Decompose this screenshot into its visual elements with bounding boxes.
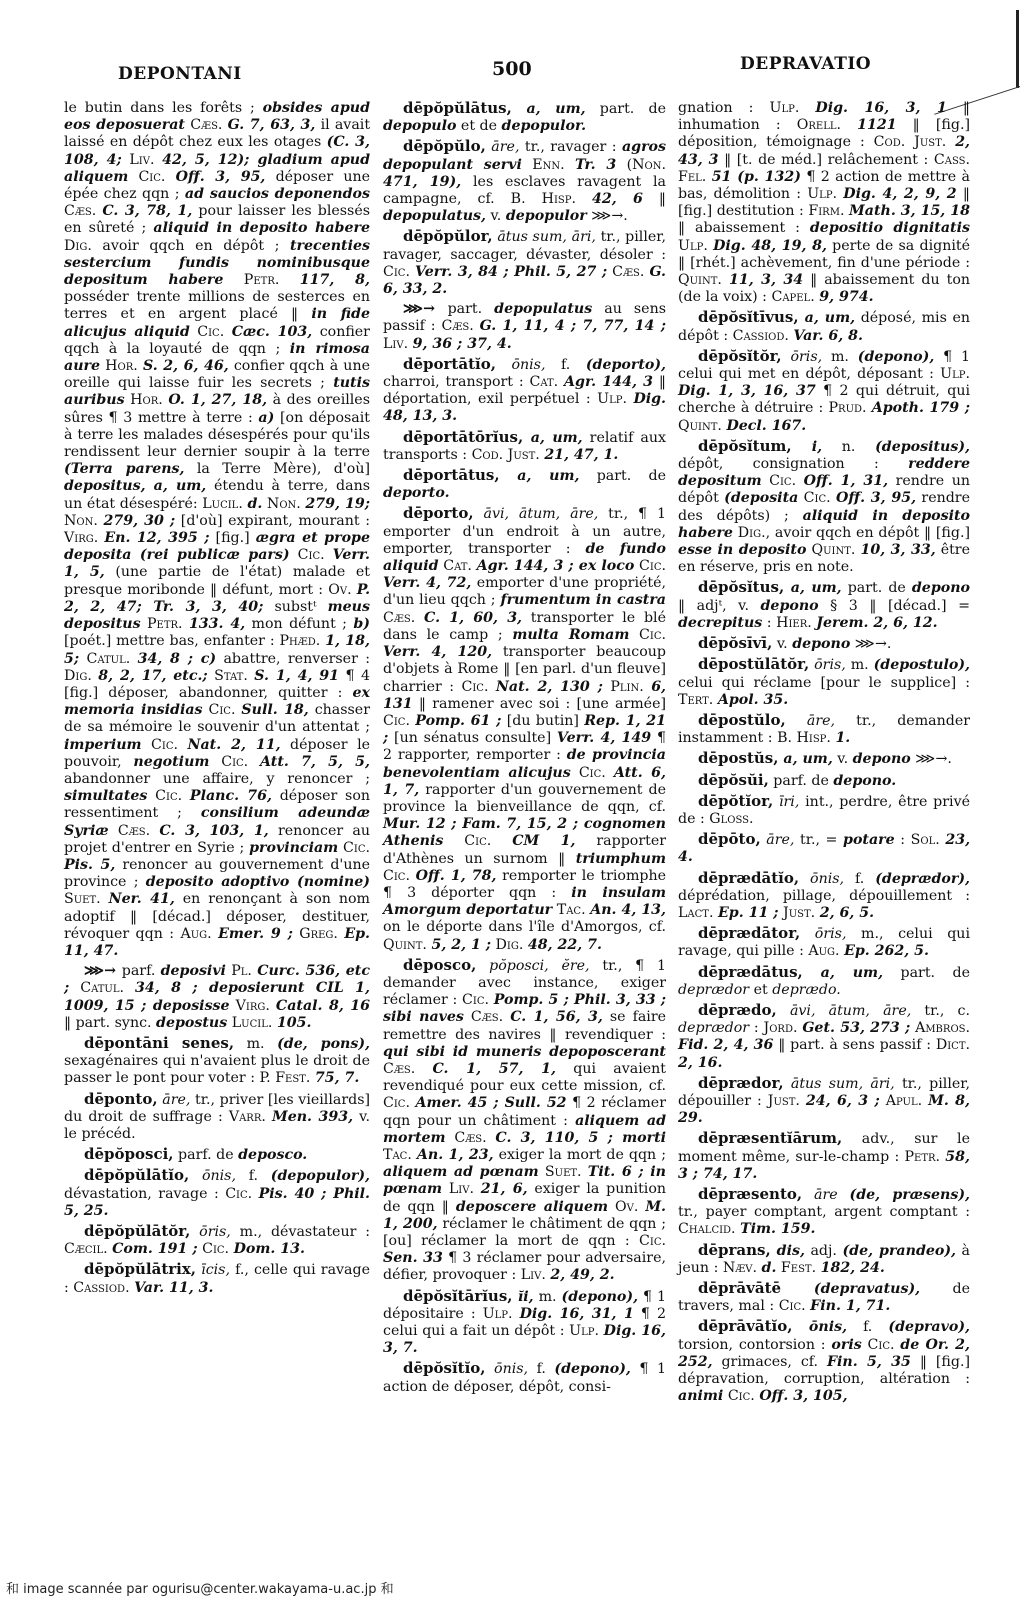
entry-text: 21, 6,: [481, 1181, 528, 1197]
entry-text: depono: [912, 580, 970, 596]
dictionary-entry: dēpræsentĭārum, adv., sur le moment même…: [678, 1130, 970, 1183]
entry-text: Verr. 4, 72,: [383, 575, 471, 591]
entry-text: Prud.: [829, 400, 872, 416]
entry-text: Hor.: [100, 358, 143, 374]
entry-text: aliquid in deposito habere: [153, 220, 370, 236]
entry-text: Cæc. 103,: [232, 324, 313, 340]
dictionary-entry: dēpostŭlātŏr, ōris, m. (depostulo), celu…: [678, 656, 970, 709]
entry-text: Planc. 76,: [190, 788, 272, 804]
entry-headword: dēprædātĭo,: [698, 869, 799, 887]
entry-text: grimaces, cf.: [713, 1354, 827, 1370]
entry-text: 48, 22, 7.: [528, 937, 602, 953]
entry-text: depono: [853, 751, 911, 767]
dictionary-columns: le butin dans les forêts ; obsides apud …: [0, 100, 1024, 1560]
dictionary-entry: dēportātōrĭus, a, um, relatif aux transp…: [383, 429, 666, 464]
entry-text: Ep. 11 ;: [718, 905, 779, 921]
entry-text: m., dévastateur :: [231, 1224, 370, 1240]
entry-text: Cic.: [762, 473, 804, 489]
entry-text: Næv.: [723, 1260, 762, 1276]
dictionary-entry: dēpostŭs, a, um, v. depono ⋙→.: [678, 750, 970, 768]
entry-text: [poét.] mettre bas, enfanter :: [64, 633, 280, 649]
entry-text: [838, 1187, 850, 1203]
entry-text: Att. 7, 5, 5,: [260, 754, 370, 770]
entry-text: Catul.: [69, 980, 135, 996]
entry-headword: dēpræsento,: [698, 1185, 802, 1203]
entry-text: Just.: [768, 1093, 806, 1109]
entry-text: part. de: [586, 101, 666, 117]
entry-text: Off. 1, 78,: [416, 868, 497, 884]
entry-text: charroi, transport :: [383, 374, 529, 390]
entry-text: Non.: [64, 513, 104, 529]
entry-text: (depravo),: [888, 1319, 970, 1335]
entry-headword: dēprans,: [698, 1241, 771, 1259]
entry-text: parf. de: [174, 1147, 239, 1163]
entry-text: Suet.: [64, 891, 109, 907]
dictionary-entry: dēpræsento, āre (de, præsens), tr., paye…: [678, 1186, 970, 1239]
entry-text: Dig. 16, 3, 1: [815, 100, 946, 116]
entry-text: Ner. 41,: [109, 891, 175, 907]
entry-text: Lucil.: [202, 496, 247, 512]
entry-text: part. de: [883, 965, 970, 981]
entry-text: Hor.: [125, 392, 169, 408]
entry-text: Cic.: [209, 754, 260, 770]
entry-text: Cæs.: [109, 823, 160, 839]
entry-text: ‖ part. à sens passif :: [773, 1037, 935, 1053]
entry-text: Cic.: [290, 547, 333, 563]
entry-text: Cic.: [383, 713, 415, 729]
entry-headword: dēpŏpŭlātus,: [403, 99, 512, 117]
entry-text: (depono),: [858, 349, 934, 365]
entry-text: part. de: [579, 468, 666, 484]
entry-text: Tert.: [678, 692, 718, 708]
entry-text: ātus sum, āri,: [784, 1076, 895, 1092]
entry-headword: dēportātus,: [403, 466, 500, 484]
entry-text: 1.: [835, 730, 850, 746]
dictionary-entry: dēpŏpŭlātĭo, ōnis, f. (depopulor), dévas…: [64, 1167, 370, 1220]
entry-text: part.: [448, 301, 495, 317]
entry-text: Cic.: [225, 1186, 258, 1202]
entry-text: En. 12, 395 ;: [104, 530, 209, 546]
entry-text: f.: [844, 871, 875, 887]
entry-text: Chalcid.: [678, 1221, 740, 1237]
entry-text: f.: [528, 1361, 554, 1377]
entry-text: C. 3, 78, 1,: [102, 203, 192, 219]
entry-text: 42, 6: [592, 191, 643, 207]
entry-text: Cic.: [142, 737, 188, 753]
dictionary-entry: dēpŏposci, parf. de deposco.: [64, 1146, 370, 1164]
entry-text: qui sibi id muneris depoposcerant: [383, 1044, 666, 1060]
entry-text: (de, prandeo),: [842, 1243, 956, 1259]
entry-text: Fid. 2, 4, 36: [678, 1037, 773, 1053]
entry-text: § 3 ‖ [décad.] =: [819, 598, 970, 614]
dictionary-entry: dēportātĭo, ōnis, f. (deporto), charroi,…: [383, 356, 666, 426]
dictionary-entry: dēprans, dis, adj. (de, prandeo), à jeun…: [678, 1242, 970, 1277]
entry-text: S. 1, 4, 91: [254, 668, 339, 684]
entry-text: gnation :: [678, 100, 770, 116]
entry-text: :: [749, 1020, 763, 1036]
dictionary-entry: dēportātus, a, um, part. de deporto.: [383, 467, 666, 502]
entry-text: Cic.: [198, 1241, 234, 1257]
page-header: DEPONTANI 500 DEPRAVATIO: [0, 48, 1024, 88]
entry-text: Dig.: [64, 238, 102, 254]
entry-text: imperium: [64, 737, 142, 753]
entry-text: Men. 393,: [272, 1109, 353, 1125]
entry-text: depopulatus,: [383, 208, 486, 224]
entry-text: Cic.: [571, 765, 614, 781]
entry-text: 21, 47, 1.: [544, 447, 618, 463]
entry-text: part. de: [842, 580, 912, 596]
entry-text: Cic.: [383, 1095, 416, 1111]
entry-text: substᵗ: [263, 599, 327, 615]
entry-text: ⋙→: [403, 301, 448, 317]
entry-text: C. 3, 103, 1,: [159, 823, 268, 839]
entry-text: 34, 8 ; c): [138, 651, 217, 667]
dictionary-entry: dēpŏpŭlātrix, īcis, f., celle qui ravage…: [64, 1261, 370, 1296]
entry-headword: dēpŏsĭtīvus,: [698, 308, 799, 326]
entry-headword: dēpŏpŭlātrix,: [84, 1260, 196, 1278]
entry-text: Virg.: [64, 530, 104, 546]
entry-text: Cod. Just.: [874, 134, 956, 150]
entry-text: abandonner une affaire, y renoncer ;: [64, 771, 370, 787]
entry-text: 117, 8,: [300, 272, 370, 288]
entry-text: 5, 2, 1 ;: [431, 937, 491, 953]
entry-text: ōris,: [809, 657, 846, 673]
entry-text: Quint.: [678, 272, 729, 288]
entry-text: Sen. 33: [383, 1250, 443, 1266]
entry-text: Cic.: [462, 992, 494, 1008]
entry-text: Cic.: [798, 490, 836, 506]
entry-text: Petr.: [904, 1149, 945, 1165]
entry-text: Agr. 144, 3: [564, 374, 653, 390]
entry-text: Petr.: [223, 272, 299, 288]
entry-text: C. 3, 110, 5 ; morti: [495, 1130, 666, 1146]
entry-text: (Terra parens,: [64, 461, 184, 477]
dictionary-entry: dēpŏpŭlor, ātus sum, āri, tr., piller, r…: [383, 228, 666, 298]
entry-text: Capel.: [771, 289, 819, 305]
dictionary-entry: dēprædo, āvi, ātum, āre, tr., c. deprædo…: [678, 1002, 970, 1072]
entry-text: Dig. 16, 31, 1: [520, 1306, 634, 1322]
entry-text: Cæs.: [185, 117, 228, 133]
entry-text: Cic.: [203, 702, 242, 718]
entry-text: Cæcil.: [64, 1241, 112, 1257]
entry-headword: dēpŏsĭtĭo,: [403, 1359, 486, 1377]
entry-text: a): [258, 410, 274, 426]
entry-text: deposivi: [161, 963, 226, 979]
entry-text: Decl. 167.: [726, 418, 806, 434]
entry-text: Amer. 45 ; Sull. 52: [416, 1095, 567, 1111]
entry-text: d.: [762, 1260, 777, 1276]
entry-text: Catal. 8, 16: [276, 998, 370, 1014]
entry-text: simultates: [64, 788, 147, 804]
entry-text: Dig. 4, 2, 9, 2: [843, 186, 956, 202]
dictionary-entry: dēpŏsĭtus, a, um, part. de depono ‖ adjᵗ…: [678, 579, 970, 632]
entry-text: 11, 3, 34: [729, 272, 803, 288]
entry-text: deposcere aliquem: [456, 1199, 608, 1215]
entry-text: Sol.: [911, 832, 946, 848]
entry-text: (depopulor),: [271, 1168, 370, 1184]
entry-text: Enn.: [522, 157, 575, 173]
entry-text: Cic.: [862, 1337, 901, 1353]
entry-text: Cæs.: [383, 1061, 433, 1077]
entry-text: Apul.: [880, 1093, 928, 1109]
dictionary-entry: dēpostŭlo, āre, tr., demander instamment…: [678, 712, 970, 747]
entry-text: (depravatus),: [781, 1281, 920, 1297]
entry-text: depopulor.: [502, 118, 587, 134]
entry-text: Off. 3, 95,: [176, 169, 266, 185]
entry-text: Quint.: [806, 542, 860, 558]
entry-text: Stat.: [208, 668, 255, 684]
entry-text: Ov.: [608, 1199, 645, 1215]
entry-text: potare: [843, 832, 895, 848]
entry-text: dépôt, consignation :: [678, 456, 908, 472]
entry-headword: dēprædātus,: [698, 963, 803, 981]
entry-headword: dēpŏsŭi,: [698, 771, 769, 789]
entry-text: Ulp.: [597, 391, 633, 407]
entry-text: C. 1, 57, 1,: [433, 1061, 556, 1077]
entry-text: P. Fest.: [260, 1070, 315, 1086]
entry-text: m.: [822, 349, 858, 365]
entry-headword: dēprædo,: [698, 1001, 777, 1019]
entry-text: āvi, ātum, āre,: [474, 506, 599, 522]
entry-text: celui qui réclame [pour le supplice] :: [678, 675, 970, 691]
entry-text: Nat. 2, 130 ;: [496, 679, 603, 695]
entry-text: Com. 191 ;: [112, 1241, 197, 1257]
entry-text: on le déporte dans l'île d'Amorgos, cf.: [383, 919, 666, 935]
entry-headword: dēpŏtĭor,: [698, 792, 773, 810]
dictionary-entry: dēprāvātĭo, ōnis, f. (depravo), torsion,…: [678, 1318, 970, 1405]
dictionary-entry: dēprædātor, ōris, m., celui qui ravage, …: [678, 925, 970, 960]
entry-text: Cic.: [779, 1298, 810, 1314]
entry-text: exiger la mort de qqn ;: [494, 1147, 666, 1163]
entry-text: Petr.: [141, 616, 189, 632]
entry-text: (deprædor),: [875, 871, 970, 887]
column-middle: dēpŏpŭlātus, a, um, part. de depopulo et…: [383, 100, 666, 1399]
entry-text: S. 2, 6, 46,: [143, 358, 229, 374]
dictionary-entry: dēpŏsĭtīvus, a, um, déposé, mis en dépôt…: [678, 309, 970, 344]
entry-text: Sull. 18,: [241, 702, 308, 718]
entry-text: Cic.: [338, 840, 370, 856]
dictionary-entry: dēpŏsīvī, v. depono ⋙→.: [678, 635, 970, 653]
dictionary-entry: dēpŏtĭor, īri, int., perdre, être privé …: [678, 793, 970, 828]
dictionary-entry: gnation : Ulp. Dig. 16, 3, 1 ‖ inhumatio…: [678, 100, 970, 306]
entry-headword: dēprāvātĭo,: [698, 1317, 792, 1335]
entry-text: Ulp.: [807, 186, 843, 202]
entry-text: Cic.: [723, 1388, 759, 1404]
entry-text: Ulp.: [569, 1323, 604, 1339]
entry-text: tr., ravager :: [519, 139, 622, 155]
entry-text: Cic.: [462, 679, 496, 695]
entry-text: Aug.: [808, 943, 844, 959]
entry-text: n.: [822, 439, 875, 455]
entry-text: deporto.: [383, 485, 450, 501]
entry-text: Cic.: [383, 264, 415, 280]
dictionary-entry: dēpŏsĭtŏr, ōris, m. (depono), ¶ 1 celui …: [678, 348, 970, 435]
entry-text: Ep. 262, 5.: [844, 943, 929, 959]
dictionary-entry: dēpŏsĭtum, i, n. (depositus), dépôt, con…: [678, 438, 970, 577]
entry-text: decrepitus: [678, 615, 762, 631]
entry-headword: dēprædor,: [698, 1074, 784, 1092]
entry-text: Jerem. 2, 6, 12.: [816, 615, 937, 631]
entry-text: Plin.: [603, 679, 651, 695]
entry-text: G. 7, 63, 3,: [228, 117, 316, 133]
entry-text: Quint.: [678, 418, 726, 434]
entry-text: avoir qqch en dépôt ‖ [fig.]: [775, 525, 970, 541]
entry-text: dis,: [771, 1243, 805, 1259]
entry-text: depositus, a, um,: [64, 478, 206, 494]
entry-text: Cæs.: [383, 610, 424, 626]
entry-text: C. 1, 60, 3,: [424, 610, 522, 626]
column-right: gnation : Ulp. Dig. 16, 3, 1 ‖ inhumatio…: [678, 100, 970, 1408]
entry-text: Varr.: [229, 1109, 272, 1125]
entry-text: ⋙→.: [850, 636, 891, 652]
entry-text: a, um,: [512, 101, 586, 117]
entry-text: Suet.: [539, 1164, 588, 1180]
entry-headword: dēpŏsĭtum,: [698, 437, 792, 455]
entry-headword: dēposco,: [403, 956, 476, 974]
entry-text: Cæs.: [464, 1009, 510, 1025]
entry-text: :: [895, 832, 911, 848]
entry-text: ‖ part. sync.: [64, 1015, 156, 1031]
entry-text: d.: [247, 496, 262, 512]
entry-text: Dict.: [936, 1037, 970, 1053]
entry-headword: dēpostŭs,: [698, 749, 778, 767]
entry-text: parf. de: [769, 773, 834, 789]
entry-text: dévastation, ravage :: [64, 1186, 225, 1202]
entry-text: 9, 36 ; 37, 4.: [413, 336, 512, 352]
entry-text: provinciam: [249, 840, 338, 856]
entry-text: Fin. 5, 35: [827, 1354, 911, 1370]
entry-text: la Terre Mère), d'où]: [184, 461, 370, 477]
entry-text: depopulor: [506, 208, 587, 224]
entry-text: a, um,: [523, 430, 582, 446]
page-number: 500: [492, 58, 532, 80]
entry-text: Cic.: [190, 324, 232, 340]
entry-text: Dig. 48, 19, 8,: [713, 238, 827, 254]
entry-text: Cæs.: [442, 318, 480, 334]
dictionary-entry: dēpŏsĭtĭo, ōnis, f. (depono), ¶ 1 action…: [383, 1360, 666, 1395]
entry-text: (une partie de l'état) malade et presque…: [64, 564, 370, 597]
scan-credit: 和 image scannée par ogurisu@center.wakay…: [6, 1578, 394, 1597]
entry-text: deposito adoptivo (nomine): [146, 874, 370, 890]
entry-text: āre: [802, 1187, 838, 1203]
entry-text: Cæs.: [64, 203, 102, 219]
entry-text: depostus: [156, 1015, 227, 1031]
entry-text: Agr. 144, 3 ; ex loco: [477, 558, 635, 574]
entry-text: :: [762, 615, 776, 631]
entry-text: Liv.: [122, 152, 162, 168]
entry-text: C. 1, 56, 3,: [510, 1009, 603, 1025]
entry-text: Pomp. 61 ;: [415, 713, 501, 729]
entry-headword: dēpŏpŭlor,: [403, 227, 493, 245]
entry-text: f.: [545, 357, 585, 373]
entry-text: Var. 11, 3.: [134, 1280, 213, 1296]
entry-text: 471, 19),: [383, 174, 461, 190]
entry-text: f.: [236, 1168, 271, 1184]
dictionary-entry: dēpōto, āre, tr., = potare : Sol. 23, 4.: [678, 831, 970, 866]
entry-text: v.: [486, 208, 506, 224]
entry-text: ōnis,: [792, 1319, 847, 1335]
entry-text: a, um,: [784, 580, 841, 596]
entry-text: Cæs.: [607, 264, 649, 280]
entry-text: torsion, contorsion :: [678, 1337, 831, 1353]
entry-text: B. Hisp.: [511, 191, 592, 207]
entry-text: Cæs.: [446, 1130, 496, 1146]
entry-text: Apol. 35.: [718, 692, 788, 708]
entry-text: a, um,: [803, 965, 883, 981]
entry-text: Verr. 4, 120,: [383, 644, 492, 660]
entry-text: (depositus),: [875, 439, 970, 455]
entry-text: Verr. 4, 149: [557, 730, 651, 746]
entry-text: (depono),: [554, 1361, 630, 1377]
page-edge-mark: [1016, 10, 1019, 88]
entry-text: parf.: [122, 963, 161, 979]
entry-text: Cat.: [439, 558, 477, 574]
entry-text: aliquem ad pœnam: [383, 1164, 539, 1180]
entry-text: negotium: [133, 754, 209, 770]
entry-text: ōnis,: [189, 1168, 236, 1184]
entry-text: Pis. 5,: [64, 857, 115, 873]
entry-text: rapporter d'un gouvernement de province …: [383, 782, 666, 815]
entry-text: Liv.: [521, 1267, 551, 1283]
dictionary-entry: dēprædātus, a, um, part. de deprædor et …: [678, 964, 970, 999]
entry-text: O. 1, 27, 18,: [168, 392, 267, 408]
entry-text: Virg.: [230, 998, 276, 1014]
entry-text: Cic.: [383, 868, 416, 884]
dictionary-entry: dēprædor, ātus sum, āri, tr., piller, dé…: [678, 1075, 970, 1128]
entry-text: oris: [831, 1337, 861, 1353]
entry-text: An. 4, 13,: [590, 902, 666, 918]
entry-headword: dēpŏposci,: [84, 1145, 174, 1163]
entry-text: Cic.: [443, 833, 512, 849]
entry-text: tr., c.: [911, 1003, 970, 1019]
entry-text: a, um,: [778, 751, 832, 767]
entry-headword: dēportātōrĭus,: [403, 428, 523, 446]
entry-text: m.: [234, 1036, 277, 1052]
entry-text: 8, 2, 17, etc.;: [98, 668, 207, 684]
entry-text: Lucil.: [227, 1015, 277, 1031]
dictionary-entry: ⋙→ part. depopulatus au sens passif : Cæ…: [383, 301, 666, 353]
entry-text: abattre, renverser :: [216, 651, 370, 667]
entry-headword: dēporto,: [403, 504, 474, 522]
entry-text: deposco.: [238, 1147, 307, 1163]
entry-text: avoir qqch en dépôt ;: [102, 238, 290, 254]
entry-text: Emer. 9 ;: [218, 926, 293, 942]
entry-text: ⋙→: [84, 963, 122, 979]
entry-text: [d'où] expirant, mourant :: [175, 513, 370, 529]
entry-headword: dēpŏsĭtŏr,: [698, 347, 782, 365]
entry-headword: dēpostŭlātŏr,: [698, 655, 809, 673]
entry-text: Cod. Just.: [472, 447, 545, 463]
entry-text: āre,: [486, 139, 520, 155]
entry-text: depositio dignitatis: [810, 220, 970, 236]
entry-text: Jord.: [764, 1020, 803, 1036]
entry-text: Off. 3, 105,: [759, 1388, 847, 1404]
dictionary-entry: dēpŏsŭi, parf. de depono.: [678, 772, 970, 790]
entry-text: Dig.: [64, 668, 98, 684]
entry-text: Fin. 1, 71.: [810, 1298, 890, 1314]
entry-text: Tr. 3: [575, 157, 616, 173]
entry-headword: dēportātĭo,: [403, 355, 496, 373]
entry-text: Dom. 13.: [234, 1241, 305, 1257]
entry-text: Tac.: [552, 902, 590, 918]
entry-text: [fig.]: [209, 530, 255, 546]
entry-text: déprédation, pillage, dépouillement :: [678, 888, 970, 904]
entry-text: āre,: [158, 1092, 191, 1108]
entry-text: esse in deposito: [678, 542, 806, 558]
entry-text: Cic.: [634, 558, 666, 574]
entry-text: 105.: [277, 1015, 312, 1031]
entry-text: Dig.,: [733, 525, 775, 541]
